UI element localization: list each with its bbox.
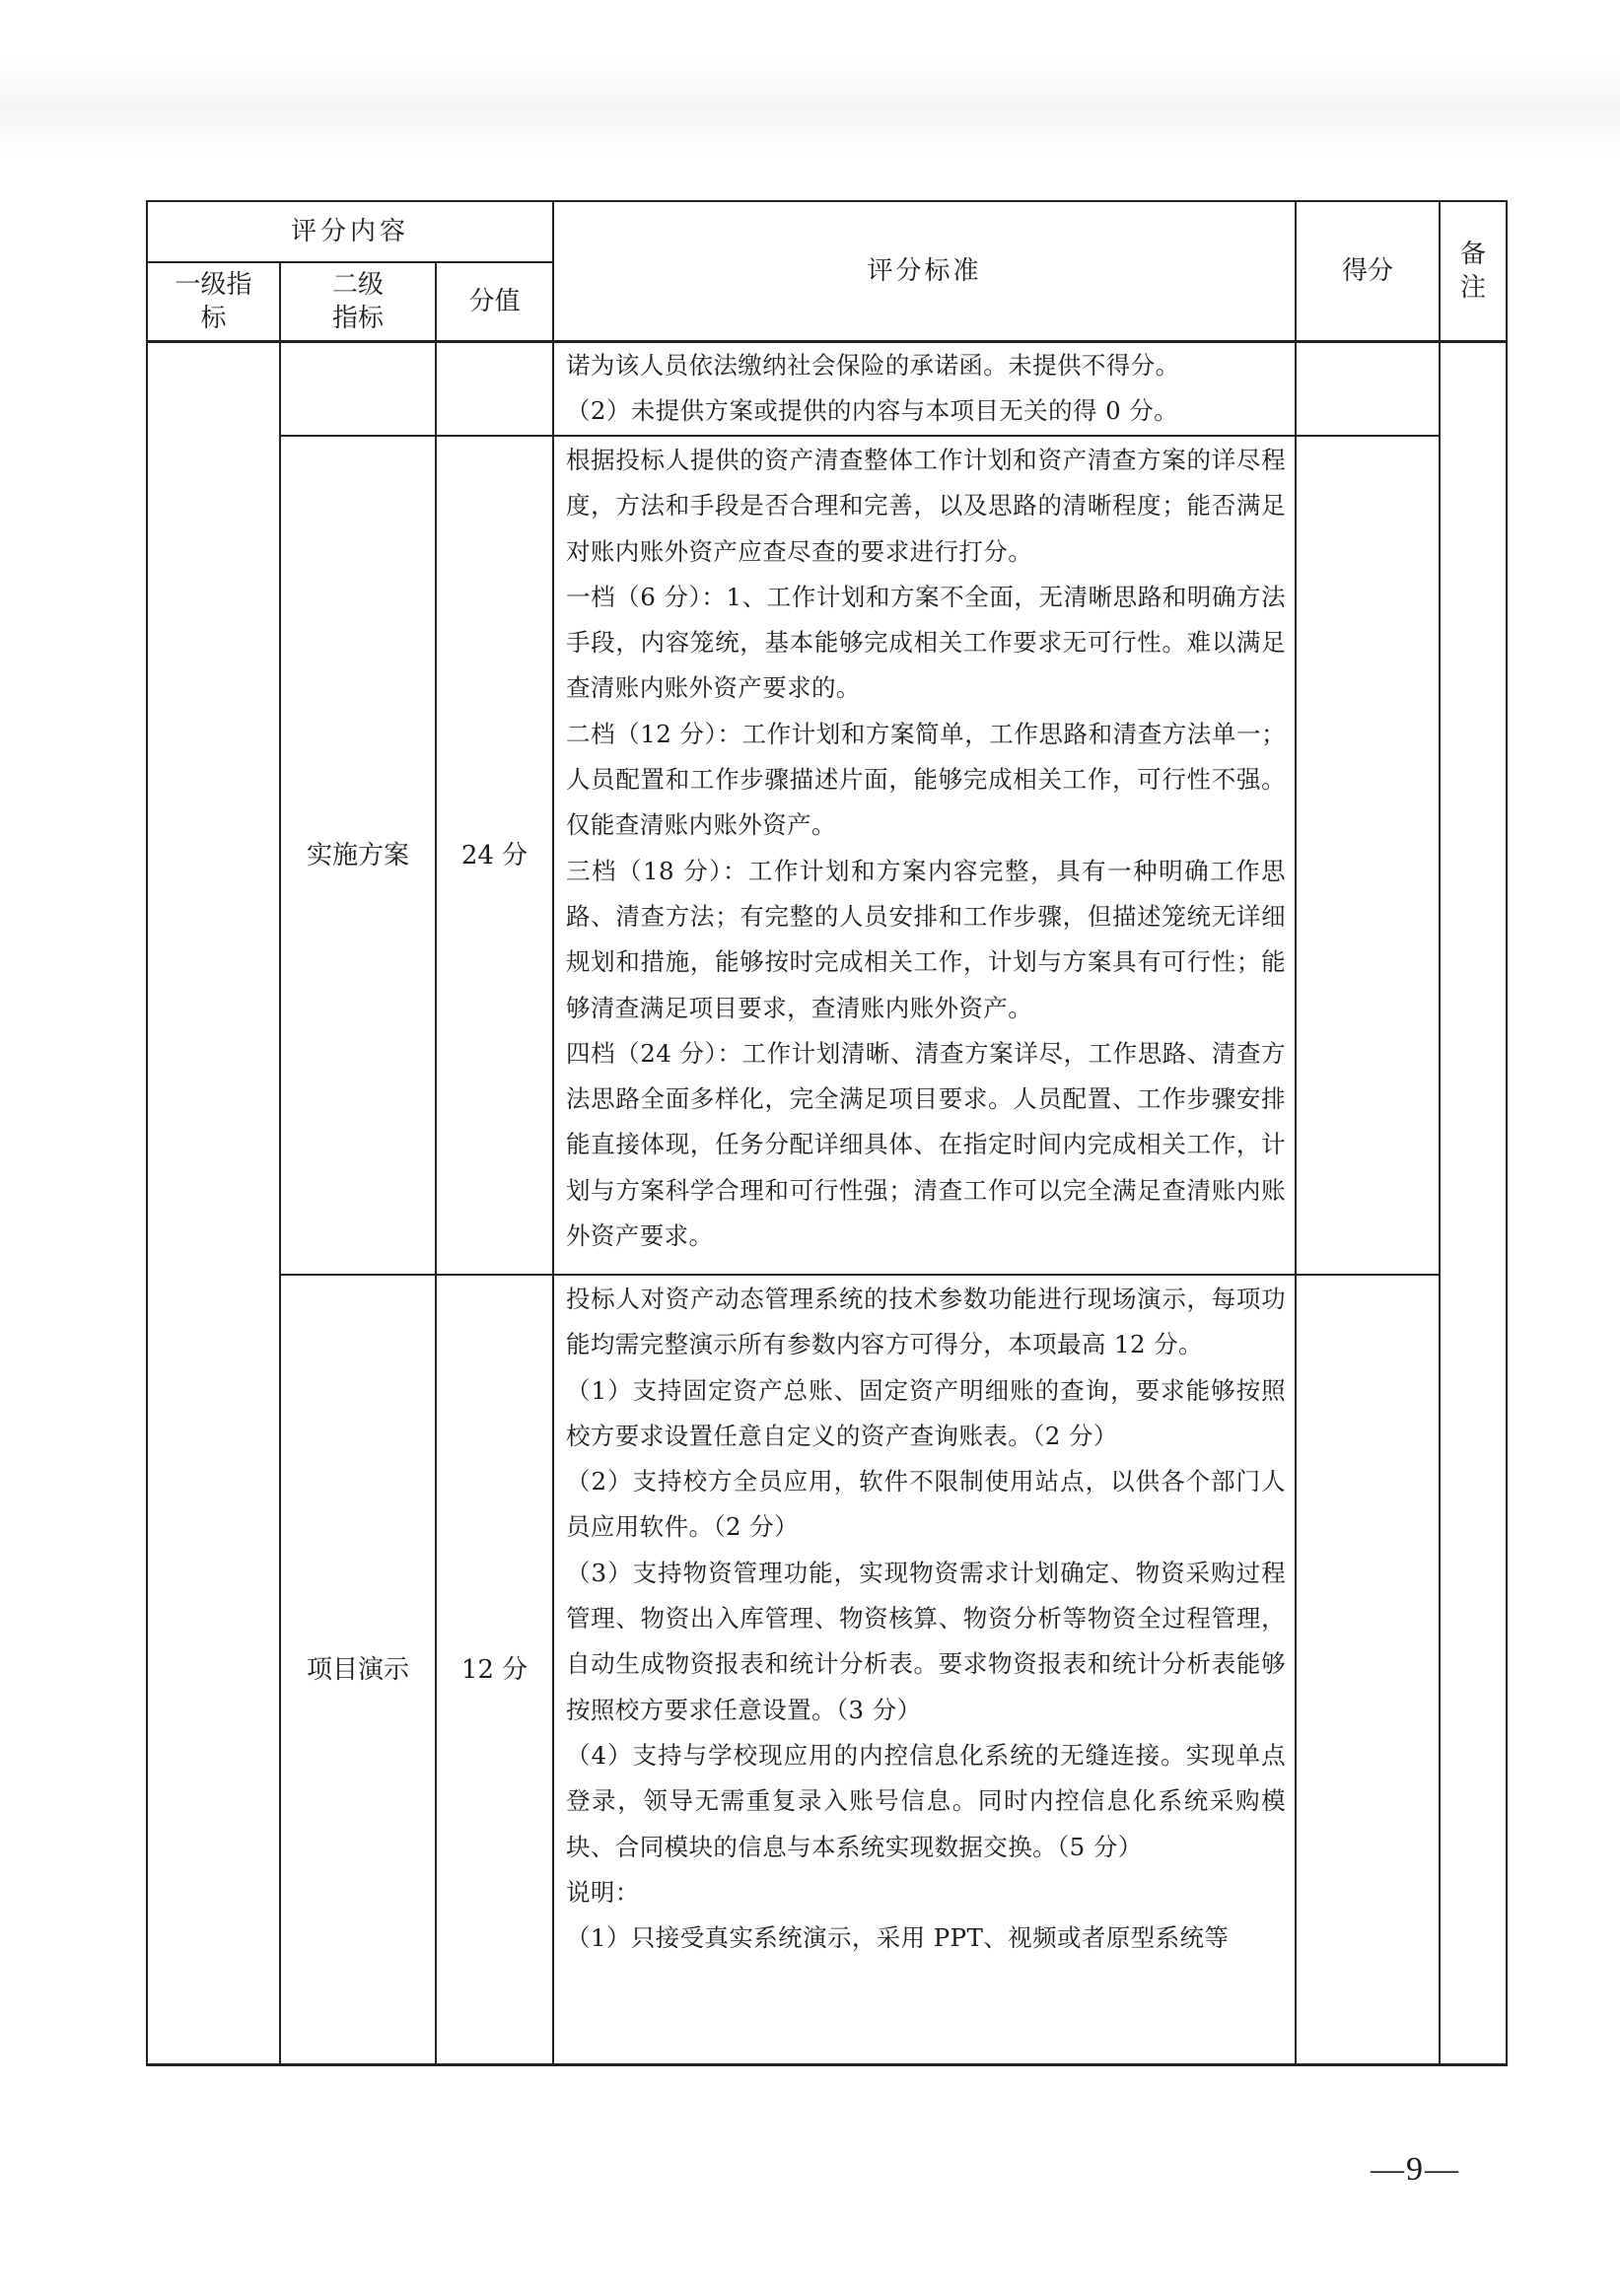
col4-divider [1295,200,1297,2065]
criteria-paragraph: 投标人对资产动态管理系统的技术参数功能进行现场演示，每项功能均需完整演示所有参数… [566,1277,1286,1368]
col-left-border [146,200,148,2065]
col5-divider [1439,200,1441,2065]
criteria-paragraph: 根据投标人提供的资产清查整体工作计划和资产清查方案的详尽程度，方法和手段是否合理… [566,438,1286,575]
header-points: 分值 [437,263,552,340]
row1-bottom-border [279,435,1441,437]
criteria-line: 诺为该人员依法缴纳社会保险的承诺函。未提供不得分。 [566,343,1286,388]
page-number: —9— [1371,2151,1460,2189]
row1-criteria: 诺为该人员依法缴纳社会保险的承诺函。未提供不得分。 （2）未提供方案或提供的内容… [566,343,1286,435]
header-level1: 一级指 标 [148,263,279,340]
col3-divider [552,200,554,2065]
col-right-border [1506,200,1508,2065]
criteria-paragraph: （1）支持固定资产总账、固定资产明细账的查询，要求能够按照校方要求设置任意自定义… [566,1368,1286,1460]
header-score: 得分 [1297,202,1439,340]
row2-points: 24 分 [437,438,552,1274]
criteria-paragraph: （4）支持与学校现应用的内控信息化系统的无缝连接。实现单点登录，领导无需重复录入… [566,1733,1286,1870]
row3-level2: 项目演示 [281,1276,435,2063]
header-group-label: 评分内容 [148,202,552,261]
header-remarks: 备 注 [1441,202,1506,340]
header-criteria: 评分标准 [554,202,1295,340]
criteria-paragraph: 二档（12 分）：工作计划和方案简单，工作思路和清查方法单一；人员配置和工作步骤… [566,712,1286,849]
row3-points: 12 分 [437,1276,552,2063]
criteria-paragraph: 一档（6 分）：1、工作计划和方案不全面，无清晰思路和明确方法手段，内容笼统，基… [566,575,1286,712]
criteria-paragraph: 四档（24 分）：工作计划清晰、清查方案详尽，工作思路、清查方法思路全面多样化，… [566,1031,1286,1259]
criteria-paragraph: （3）支持物资管理功能，实现物资需求计划确定、物资采购过程管理、物资出入库管理、… [566,1551,1286,1733]
criteria-line: （2）未提供方案或提供的内容与本项目无关的得 0 分。 [566,388,1286,434]
row3-criteria: 投标人对资产动态管理系统的技术参数功能进行现场演示，每项功能均需完整演示所有参数… [566,1277,1286,1961]
row2-level2: 实施方案 [281,438,435,1274]
table-bottom-border [146,2063,1508,2066]
row2-criteria: 根据投标人提供的资产清查整体工作计划和资产清查方案的详尽程度，方法和手段是否合理… [566,438,1286,1259]
criteria-paragraph: （1）只接受真实系统演示，采用 PPT、视频或者原型系统等 [566,1915,1286,1961]
criteria-paragraph: 说明： [566,1870,1286,1915]
header-level2: 二级 指标 [281,263,435,340]
criteria-paragraph: 三档（18 分）：工作计划和方案内容完整，具有一种明确工作思路、清查方法；有完整… [566,849,1286,1031]
criteria-paragraph: （2）支持校方全员应用，软件不限制使用站点，以供各个部门人员应用软件。（2 分） [566,1459,1286,1551]
scan-artifact [0,59,1620,158]
